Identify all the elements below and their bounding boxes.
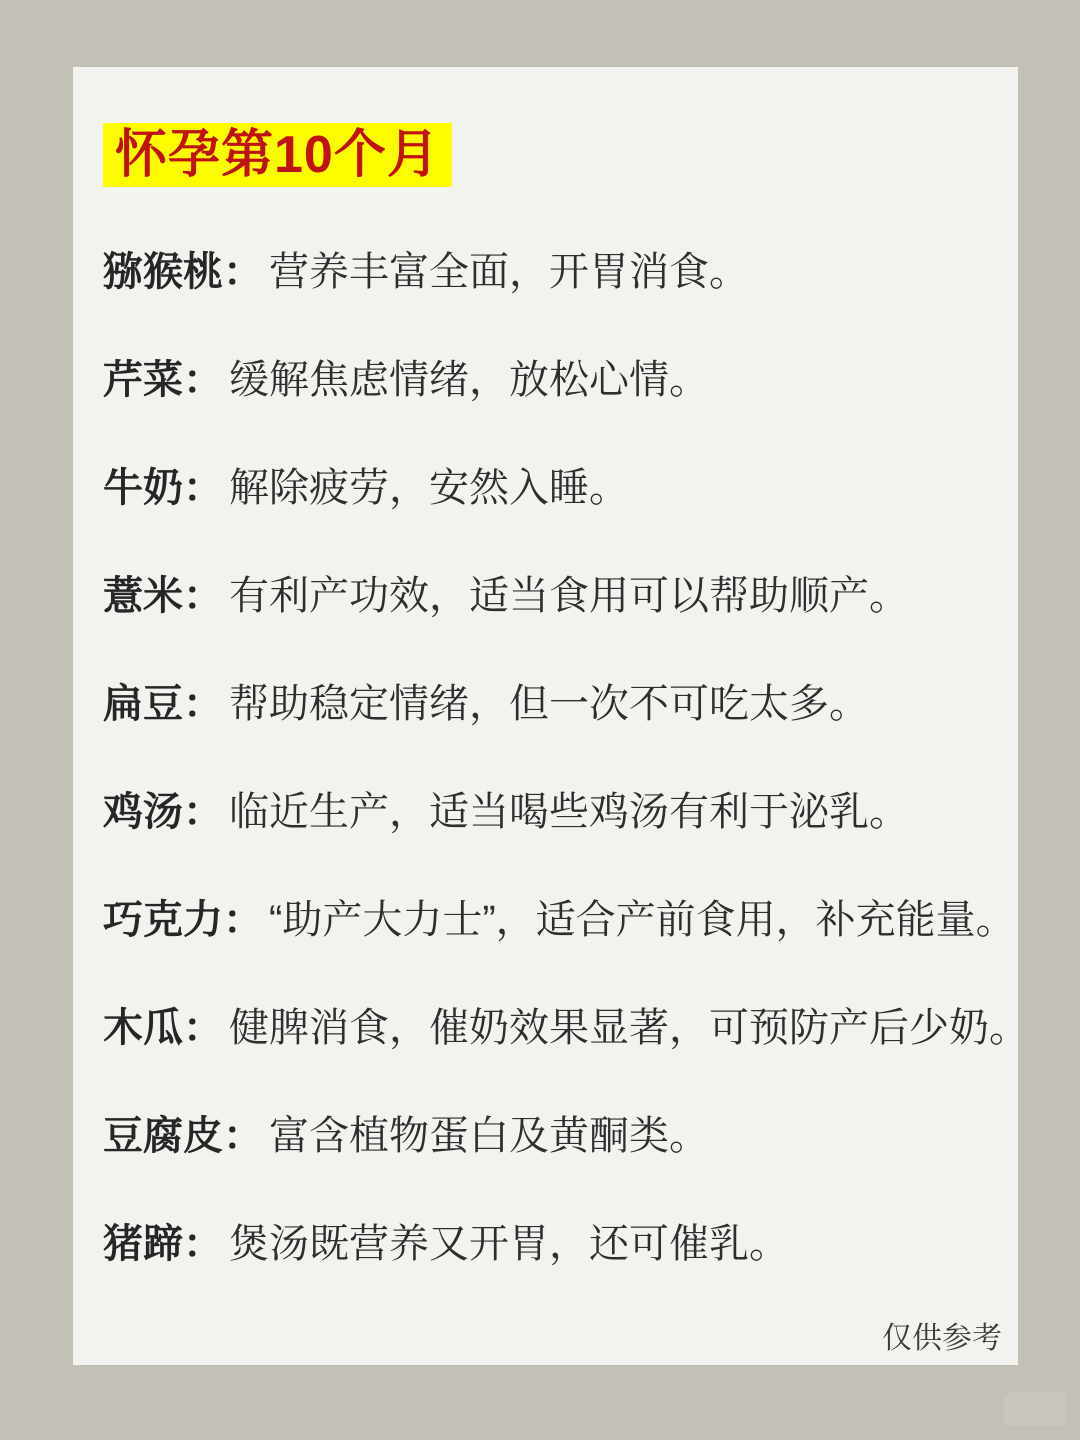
food-name: 牛奶： xyxy=(103,466,223,510)
food-name: 猪蹄： xyxy=(103,1222,223,1266)
food-name: 芹菜： xyxy=(103,358,223,402)
food-desc: 帮助稳定情绪，但一次不可吃太多。 xyxy=(229,682,869,726)
food-item-kiwi: 猕猴桃：营养丰富全面，开胃消食。 xyxy=(103,249,988,295)
food-name: 扁豆： xyxy=(103,682,223,726)
food-desc: 解除疲劳，安然入睡。 xyxy=(229,466,629,510)
food-name: 鸡汤： xyxy=(103,790,223,834)
food-desc: 煲汤既营养又开胃，还可催乳。 xyxy=(229,1222,789,1266)
disclaimer-note: 仅供参考 xyxy=(882,1313,1002,1357)
page-title: 怀孕第10个月 xyxy=(103,123,452,187)
food-desc: 有利产功效，适当食用可以帮助顺产。 xyxy=(229,574,909,618)
food-item-chicken-soup: 鸡汤：临近生产，适当喝些鸡汤有利于泌乳。 xyxy=(103,789,988,835)
food-item-milk: 牛奶：解除疲劳，安然入睡。 xyxy=(103,465,988,511)
food-item-papaya: 木瓜：健脾消食，催奶效果显著，可预防产后少奶。 xyxy=(103,1005,988,1051)
food-desc: 缓解焦虑情绪，放松心情。 xyxy=(229,358,709,402)
food-desc: 富含植物蛋白及黄酮类。 xyxy=(269,1114,709,1158)
watermark-remnant xyxy=(1004,1392,1066,1426)
food-list: 猕猴桃：营养丰富全面，开胃消食。 芹菜：缓解焦虑情绪，放松心情。 牛奶：解除疲劳… xyxy=(103,249,988,1267)
food-item-celery: 芹菜：缓解焦虑情绪，放松心情。 xyxy=(103,357,988,403)
food-item-pig-trotter: 猪蹄：煲汤既营养又开胃，还可催乳。 xyxy=(103,1221,988,1267)
food-desc: 营养丰富全面，开胃消食。 xyxy=(269,250,749,294)
food-desc: 临近生产，适当喝些鸡汤有利于泌乳。 xyxy=(229,790,909,834)
food-desc: “助产大力士”，适合产前食用，补充能量。 xyxy=(269,898,1016,942)
food-item-lentil: 扁豆：帮助稳定情绪，但一次不可吃太多。 xyxy=(103,681,988,727)
food-item-coix-seed: 薏米：有利产功效，适当食用可以帮助顺产。 xyxy=(103,573,988,619)
food-name: 豆腐皮： xyxy=(103,1114,263,1158)
food-item-tofu-skin: 豆腐皮：富含植物蛋白及黄酮类。 xyxy=(103,1113,988,1159)
food-name: 木瓜： xyxy=(103,1006,223,1050)
content-card: 怀孕第10个月 猕猴桃：营养丰富全面，开胃消食。 芹菜：缓解焦虑情绪，放松心情。… xyxy=(73,67,1018,1365)
food-item-chocolate: 巧克力：“助产大力士”，适合产前食用，补充能量。 xyxy=(103,897,988,943)
food-name: 薏米： xyxy=(103,574,223,618)
food-desc: 健脾消食，催奶效果显著，可预防产后少奶。 xyxy=(229,1006,1029,1050)
food-name: 猕猴桃： xyxy=(103,250,263,294)
food-name: 巧克力： xyxy=(103,898,263,942)
